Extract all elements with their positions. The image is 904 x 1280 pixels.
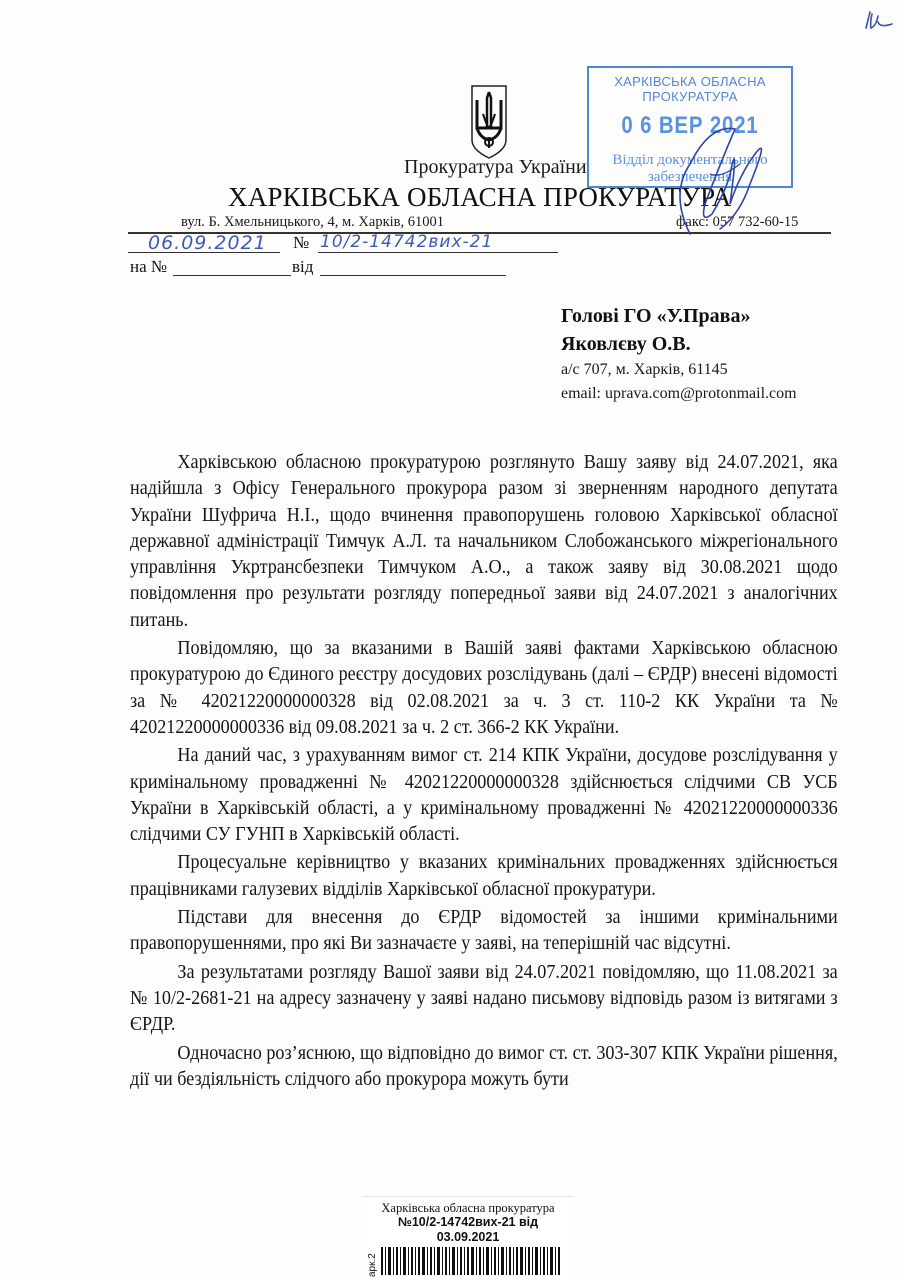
stamp-org-line2: ПРОКУРАТУРА	[589, 89, 791, 104]
stamp-dept-line1: Відділ документального	[589, 152, 791, 169]
outgoing-number-underline	[318, 252, 558, 253]
stamp-dept-line2: забезпечення	[589, 169, 791, 186]
reference-number-label: на №	[130, 257, 167, 277]
body-paragraph: Одночасно роз’яснюю, що відповідно до ви…	[130, 1041, 838, 1094]
body-paragraph: На даний час, з урахуванням вимог ст. 21…	[130, 743, 838, 848]
outgoing-date-underline	[128, 252, 280, 253]
handwritten-initial-mark	[862, 2, 902, 32]
reference-from-label: від	[292, 257, 313, 277]
body-paragraph: Підстави для внесення до ЄРДР відомостей…	[130, 905, 838, 958]
letter-page: Прокуратура України ХАРКІВСЬКА ОБЛАСНА П…	[0, 0, 904, 1280]
body-paragraph: Харківською обласною прокуратурою розгля…	[130, 450, 838, 634]
barcode-number: №10/2-14742вих-21 від	[362, 1215, 574, 1229]
letter-body: Харківською обласною прокуратурою розгля…	[130, 450, 838, 1093]
country-body-label: Прокуратура України	[404, 156, 587, 179]
addressee-name: Яковлєву О.В.	[561, 330, 797, 358]
barcode-label: Харківська обласна прокуратура №10/2-147…	[362, 1196, 574, 1280]
addressee-title: Голові ГО «У.Права»	[561, 302, 797, 330]
body-paragraph: Повідомляю, що за вказаними в Вашій заяв…	[130, 636, 838, 741]
barcode-icon	[381, 1247, 561, 1275]
body-paragraph: Процесуальне керівництво у вказаних крим…	[130, 850, 838, 903]
reference-from-blank	[320, 275, 506, 276]
reference-number-blank	[173, 275, 291, 276]
organization-address: вул. Б. Хмельницького, 4, м. Харків, 610…	[181, 214, 444, 231]
outgoing-number-label: №	[293, 233, 309, 253]
barcode-sheet-number: арк.2	[367, 1253, 378, 1277]
addressee-email: email: uprava.com@protonmail.com	[561, 382, 797, 406]
outgoing-date-handwritten: 06.09.2021	[148, 232, 267, 254]
addressee-block: Голові ГО «У.Права» Яковлєву О.В. а/с 70…	[561, 302, 797, 406]
barcode-org: Харківська обласна прокуратура	[362, 1201, 574, 1216]
reference-row: на № від	[130, 257, 490, 281]
addressee-postal: а/с 707, м. Харків, 61145	[561, 358, 797, 382]
stamp-date: 0 6 ВЕР 2021	[604, 112, 776, 140]
outgoing-number-row: 06.09.2021 № 10/2-14742вих-21	[128, 232, 588, 256]
body-paragraph: За результатами розгляду Вашої заяви від…	[130, 960, 838, 1039]
barcode-date: 03.09.2021	[362, 1230, 574, 1244]
trident-coat-of-arms-icon	[470, 84, 508, 160]
outgoing-number-handwritten: 10/2-14742вих-21	[320, 232, 493, 252]
stamp-org-line1: ХАРКІВСЬКА ОБЛАСНА	[589, 74, 791, 89]
registration-stamp: ХАРКІВСЬКА ОБЛАСНА ПРОКУРАТУРА 0 6 ВЕР 2…	[587, 66, 793, 188]
organization-fax: факс: 057 732-60-15	[676, 214, 798, 231]
